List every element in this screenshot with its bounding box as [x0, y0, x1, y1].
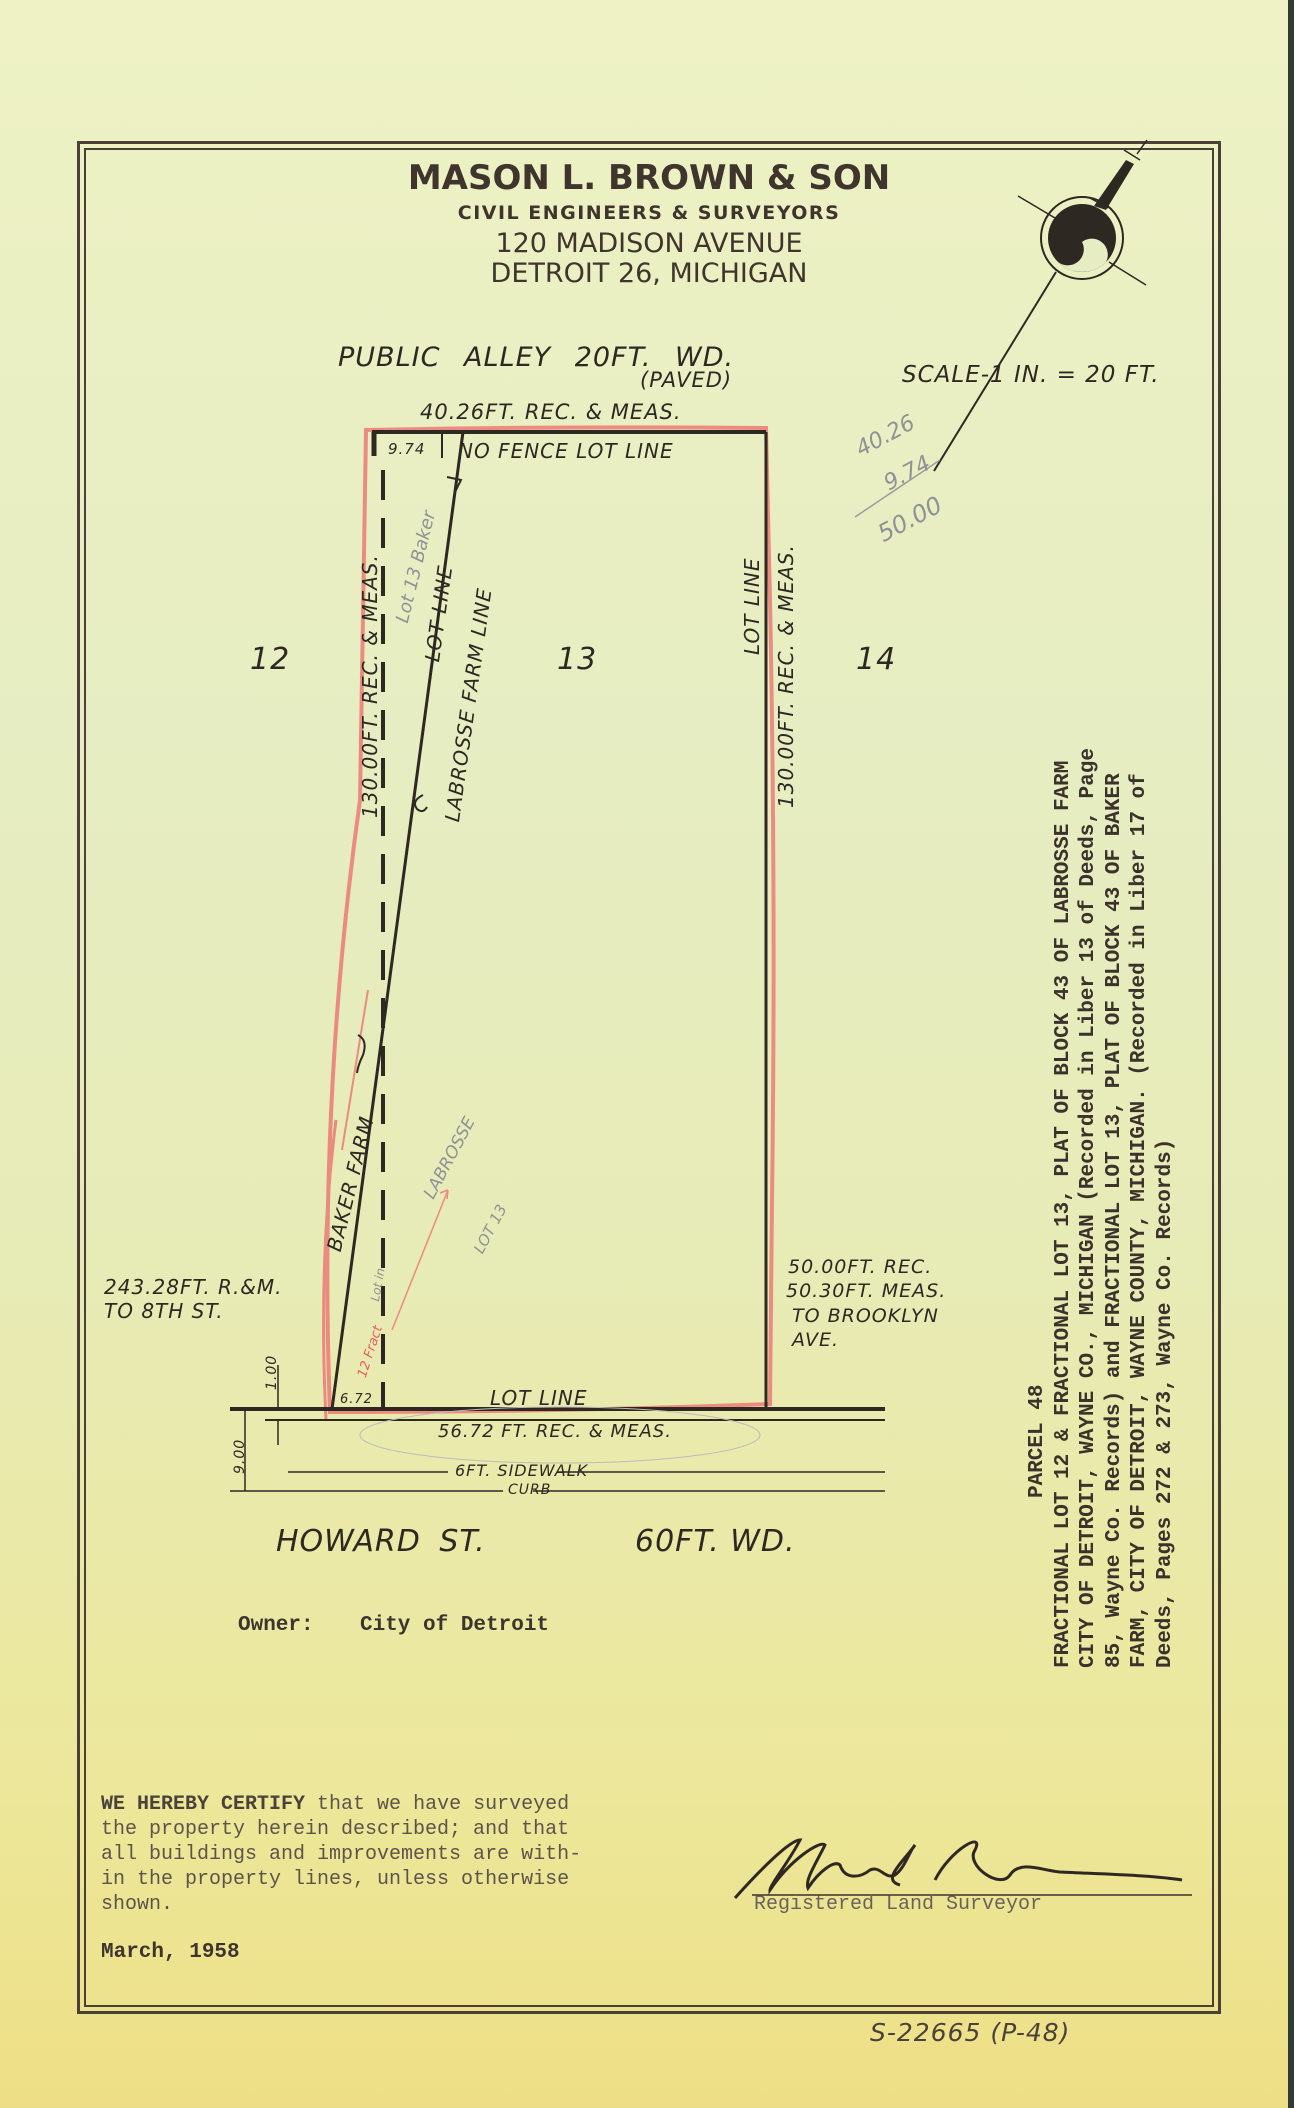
scale-label: SCALE-1 IN. = 20 FT. — [902, 362, 1160, 388]
firm-subtitle: CIVIL ENGINEERS & SURVEYORS — [84, 202, 1214, 224]
brooklyn-ave: AVE. — [792, 1329, 839, 1351]
description-line-2: CITY OF DETROIT, WAYNE CO., MICHIGAN (Re… — [1076, 748, 1102, 1668]
alley-note: (PAVED) — [640, 368, 732, 392]
right-side-dimension: 130.00FT. REC. & MEAS. — [774, 544, 798, 808]
bottom-dimension: 56.72 FT. REC. & MEAS. — [438, 1421, 672, 1442]
no-fence-note: NO FENCE LOT LINE — [458, 439, 674, 463]
top-dimension: 40.26FT. REC. & MEAS. — [420, 400, 682, 424]
brooklyn-to: TO BROOKLYN — [792, 1305, 939, 1327]
description-line-5: Deeds, Pages 272 & 273, Wayne Co. Record… — [1153, 748, 1179, 1668]
firm-city: DETROIT 26, MICHIGAN — [84, 258, 1214, 289]
setback-1-label: 1.00 — [264, 1355, 280, 1390]
surveyor-title: Registered Land Surveyor — [754, 1893, 1042, 1916]
parcel-number: PARCEL 48 — [1025, 748, 1051, 1668]
certify-lead: WE HEREBY CERTIFY — [101, 1793, 305, 1816]
firm-address: 120 MADISON AVENUE — [84, 228, 1214, 259]
lot-line-right-label: LOT LINE — [740, 558, 764, 655]
owner-value: City of Detroit — [360, 1614, 549, 1637]
lot-14-label: 14 — [856, 642, 896, 677]
setback-2-label: 9.00 — [232, 1439, 248, 1474]
lot-12-label: 12 — [250, 642, 290, 677]
firm-name: MASON L. BROWN & SON — [84, 158, 1214, 198]
description-line-1: FRACTIONAL LOT 12 & FRACTIONAL LOT 13, P… — [1051, 748, 1077, 1668]
curb-label: CURB — [508, 1482, 551, 1498]
brooklyn-meas: 50.30FT. MEAS. — [786, 1280, 946, 1302]
certify-line-4: shown. — [101, 1893, 173, 1916]
certification-block: WE HEREBY CERTIFY that we have surveyed … — [101, 1792, 581, 1917]
signature-icon — [735, 1840, 1182, 1898]
survey-date: March, 1958 — [101, 1941, 240, 1964]
left-side-dimension: 130.00FT. REC. & MEAS. — [358, 554, 382, 818]
brooklyn-rec: 50.00FT. REC. — [788, 1256, 932, 1278]
howard-st-width: 60FT. WD. — [635, 1524, 796, 1559]
top-offset: 9.74 — [388, 440, 425, 458]
description-line-3: 85, Wayne Co. Records) and FRACTIONAL LO… — [1102, 748, 1128, 1668]
bottom-offset: 6.72 — [340, 1392, 373, 1407]
certify-line-2: all buildings and improvements are with- — [101, 1843, 581, 1866]
to-8th-dim: 243.28FT. R.&M. — [104, 1275, 283, 1299]
sidewalk-label: 6FT. SIDEWALK — [455, 1461, 588, 1480]
red-pencil-outline — [324, 427, 774, 1420]
legal-description: PARCEL 48FRACTIONAL LOT 12 & FRACTIONAL … — [1025, 748, 1178, 1668]
howard-st-label: HOWARD ST. — [276, 1524, 486, 1559]
file-number: S-22665 (P-48) — [870, 2018, 1070, 2047]
lot-line-bottom-label: LOT LINE — [490, 1386, 587, 1410]
certify-line-0: that we have surveyed — [305, 1793, 569, 1816]
certify-line-1: the property herein described; and that — [101, 1818, 569, 1841]
description-line-4: FARM, CITY OF DETROIT, WAYNE COUNTY, MIC… — [1127, 748, 1153, 1668]
to-8th-label: TO 8TH ST. — [104, 1299, 224, 1323]
owner-label: Owner: — [238, 1614, 314, 1637]
certify-line-3: in the property lines, unless otherwise — [101, 1868, 569, 1891]
lot-13-label: 13 — [557, 642, 597, 677]
